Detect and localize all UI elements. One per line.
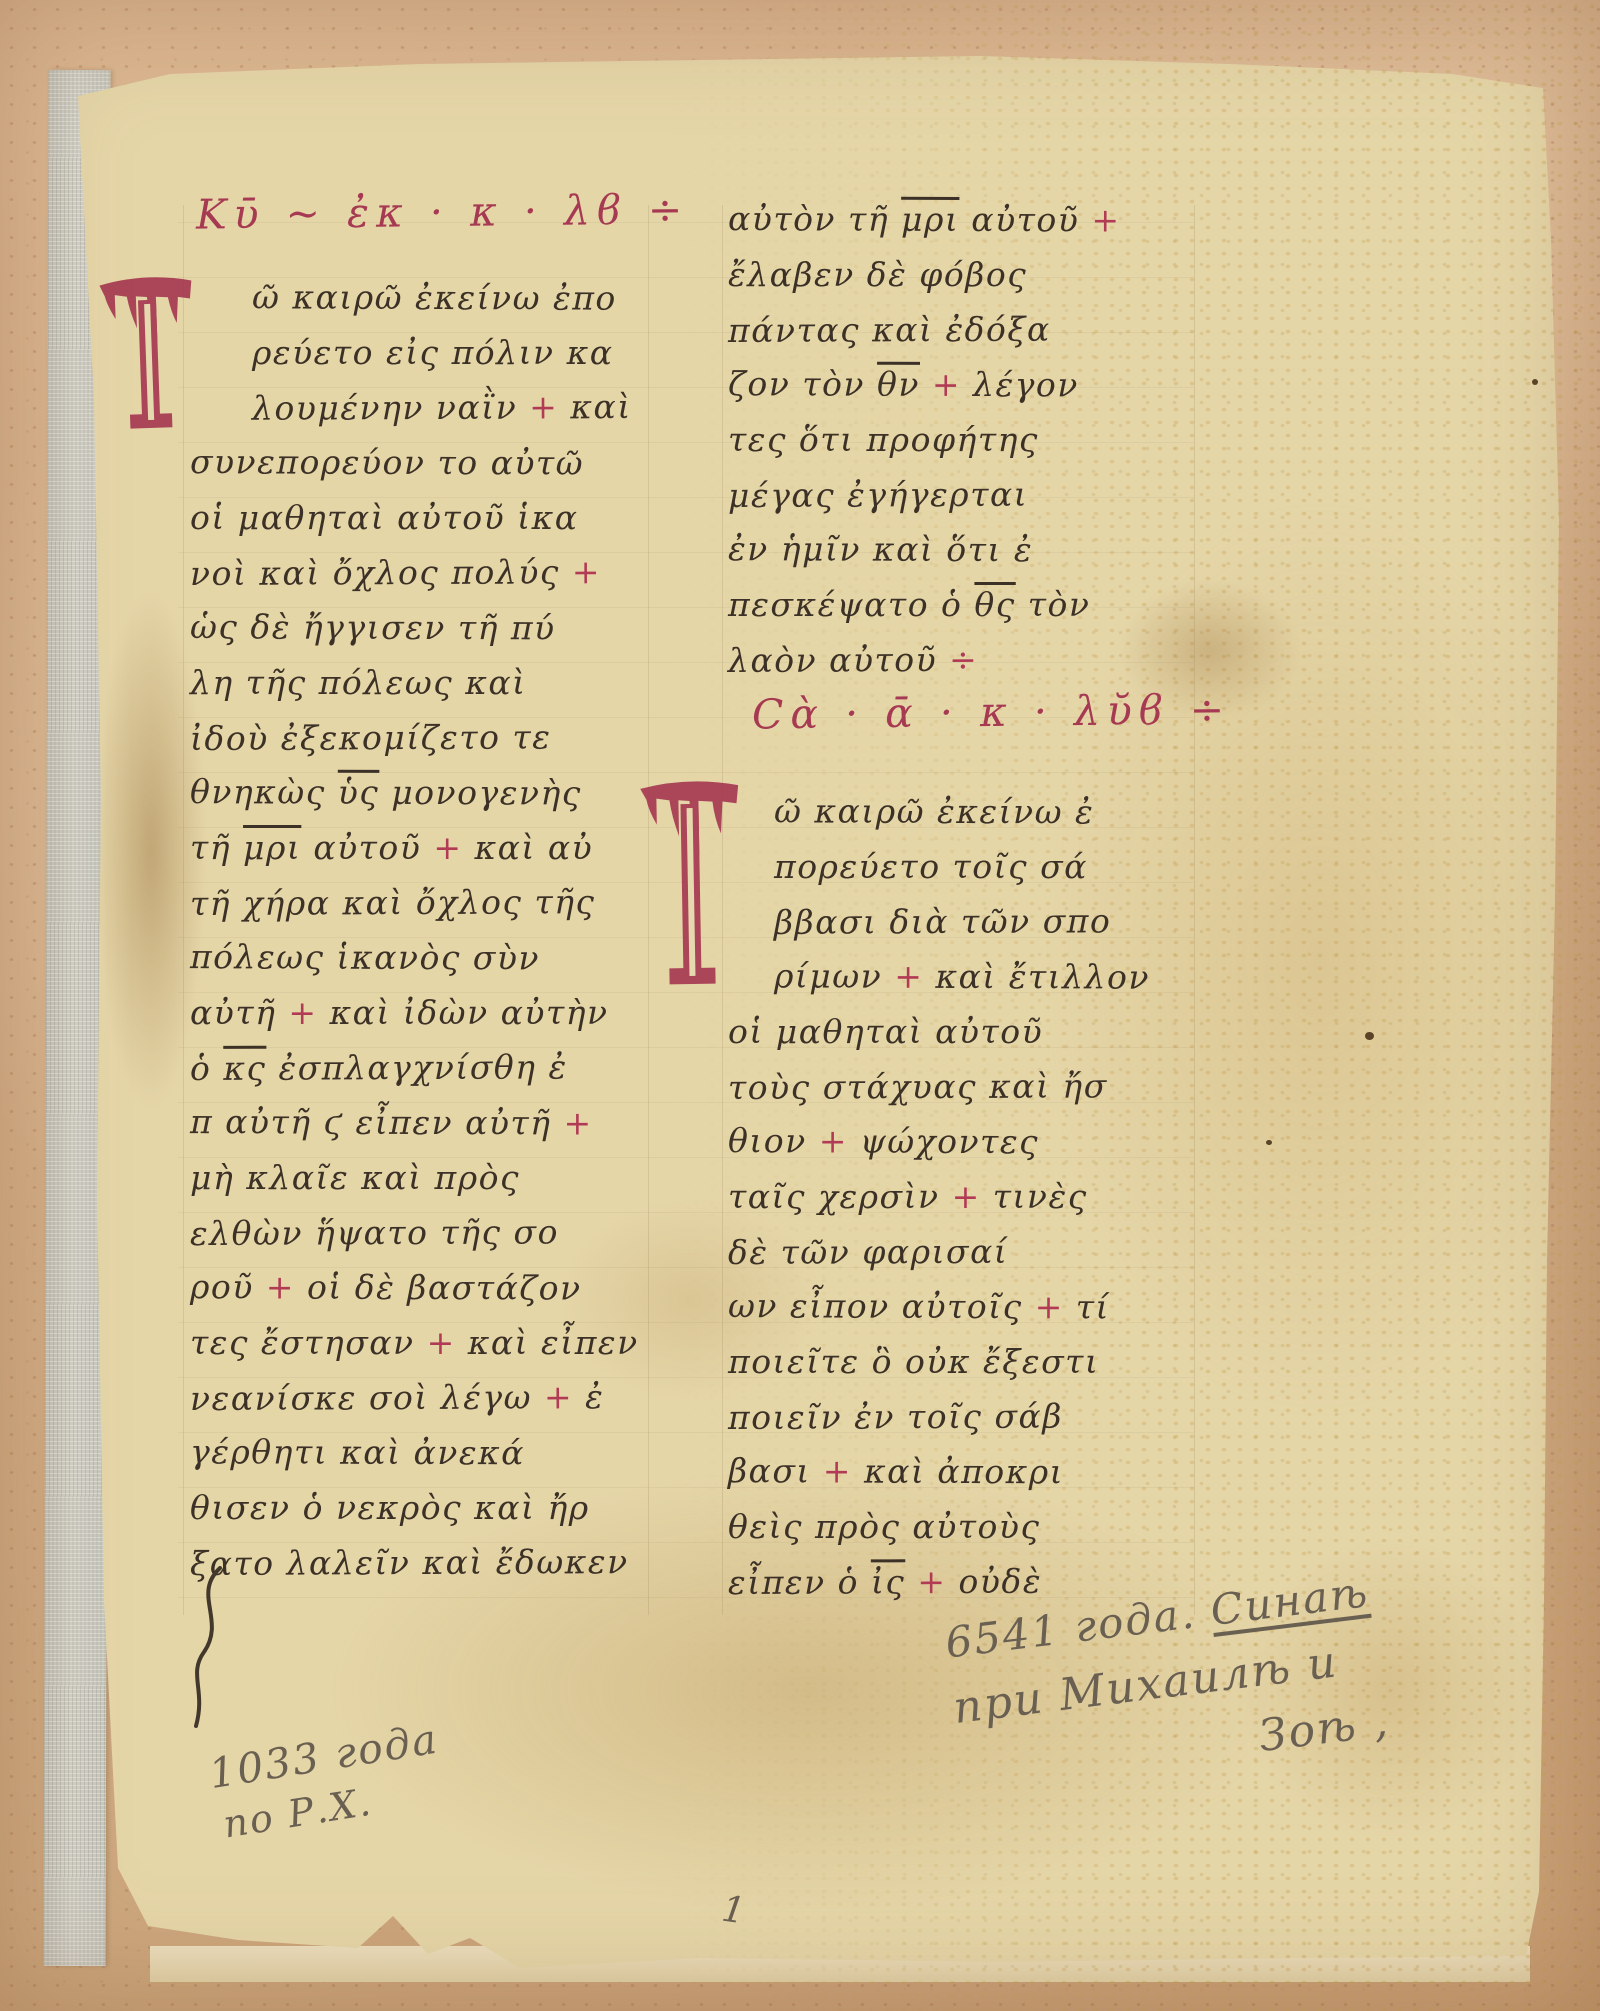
manuscript-line: μέγας ἐγήγερται (728, 468, 1198, 525)
manuscript-line: λαὸν αὐτοῦ ÷ (728, 633, 1198, 690)
manuscript-line: τες ὅτι προφήτης (728, 414, 1198, 469)
manuscript-line: ζον τὸν θν + λέγον (728, 358, 1198, 415)
manuscript-line: ταῖς χερσὶν + τινὲς (728, 1171, 1198, 1226)
manuscript-line: αὐτὸν τῆ μρι αὐτοῦ + (728, 193, 1198, 250)
manuscript-line: ρίμων + καὶ ἔτιλλον (728, 950, 1198, 1007)
manuscript-line: ββασι διὰ τῶν σπο (728, 895, 1198, 952)
text-column-2-lower: ῶ καιρῶ ἐκείνω ἐπορεύετο τοῖς σάββασι δι… (728, 786, 1198, 1611)
manuscript-line: ὡς δὲ ἤγγισεν τῆ πύ (190, 601, 660, 658)
manuscript-line: οἱ μαθηταὶ αὐτοῦ (728, 1006, 1198, 1061)
manuscript-line: αὐτῆ + καὶ ἰδὼν αὐτὴν (190, 987, 660, 1042)
manuscript-line: ξατο λαλεῖν καὶ ἔδωκεν (190, 1536, 660, 1593)
manuscript-line: ῶ καιρῶ ἐκείνω ἐ (728, 785, 1198, 842)
text-column-2-upper: αὐτὸν τῆ μρι αὐτοῦ +ἔλαβεν δὲ φόβοςπάντα… (728, 194, 1198, 689)
manuscript-line: θιον + ψώχοντες (728, 1115, 1198, 1172)
text-column-1: ῶ καιρῶ ἐκείνω ἐπορεύετο εἰς πόλιν καλου… (190, 272, 660, 1592)
manuscript-line: ῶ καιρῶ ἐκείνω ἐπο (190, 271, 660, 328)
lection-rubric-1: Κῡ ~ ἐκ · κ · λϐ ÷ (196, 185, 690, 238)
manuscript-line: π αὐτῆ ϛ εἶπεν αὐτῆ + (190, 1096, 660, 1153)
manuscript-line: πεσκέψατο ὁ θς τὸν (728, 579, 1198, 634)
manuscript-line: δὲ τῶν φαρισαί (728, 1225, 1198, 1282)
manuscript-line: οἱ μαθηταὶ αὐτοῦ ἱκα (190, 492, 660, 547)
manuscript-photo: Κῡ ~ ἐκ · κ · λϐ ÷ Ϲὰ · ᾱ · κ · λῠϐ ÷ ῶ … (0, 0, 1600, 2011)
manuscript-line: θισεν ὁ νεκρὸς καὶ ἤρ (190, 1482, 660, 1537)
manuscript-line: ἔλαβεν δὲ φόβος (728, 249, 1198, 304)
manuscript-line: πάντας καὶ ἐδόξα (728, 303, 1198, 360)
dark-speck (1365, 1032, 1374, 1040)
manuscript-line: ροῦ + οἱ δὲ βαστάζον (190, 1261, 660, 1318)
manuscript-line: ἰδοὺ ἐξεκομίζετο τε (190, 711, 660, 768)
manuscript-line: τῆ χήρα καὶ ὄχλος τῆς (190, 876, 660, 933)
manuscript-line: βασι + καὶ ἀποκρι (728, 1445, 1198, 1502)
manuscript-line: συνεπορεύον το αὐτῶ (190, 436, 660, 493)
manuscript-line: τες ἔστησαν + καὶ εἶπεν (190, 1317, 660, 1372)
dark-speck (1532, 379, 1538, 385)
manuscript-line: ὁ κς ἐσπλαγχνίσθη ἐ (190, 1041, 660, 1098)
manuscript-line: πόλεως ἱκανὸς σὺν (190, 931, 660, 988)
dark-speck (1266, 1140, 1272, 1145)
manuscript-line: ποιεῖτε ὃ οὐκ ἔξεστι (728, 1336, 1198, 1391)
manuscript-line: ρεύετο εἰς πόλιν κα (190, 327, 660, 382)
manuscript-line: πορεύετο τοῖς σά (728, 841, 1198, 896)
descender-flourish (184, 1566, 236, 1734)
manuscript-line: νοὶ καὶ ὄχλος πολύς + (190, 546, 660, 603)
manuscript-line: νεανίσκε σοὶ λέγω + ἐ (190, 1371, 660, 1428)
rubric-initial-tau-1 (96, 268, 200, 454)
manuscript-line: μὴ κλαῖε καὶ πρὸς (190, 1152, 660, 1207)
manuscript-line: ποιεῖν ἐν τοῖς σάβ (728, 1390, 1198, 1447)
manuscript-line: τοὺς στάχυας καὶ ἤσ (728, 1060, 1198, 1117)
manuscript-line: λουμένην ναῒν + καὶ (190, 381, 660, 438)
manuscript-line: ων εἶπον αὐτοῖς + τί (728, 1280, 1198, 1337)
manuscript-line: θνηκὼς ὑς μονογενὴς (190, 766, 660, 823)
manuscript-line: θεὶς πρὸς αὐτοὺς (728, 1501, 1198, 1556)
manuscript-line: τῆ μρι αὐτοῦ + καὶ αὐ (190, 822, 660, 877)
manuscript-line: ελθὼν ἥψατο τῆς σο (190, 1206, 660, 1263)
manuscript-line: λη τῆς πόλεως καὶ (190, 657, 660, 712)
manuscript-line: ἐν ἡμῖν καὶ ὅτι ἐ (728, 523, 1198, 580)
manuscript-line: γέρθητι καὶ ἀνεκά (190, 1426, 660, 1483)
lection-rubric-2: Ϲὰ · ᾱ · κ · λῠϐ ÷ (752, 685, 1232, 738)
